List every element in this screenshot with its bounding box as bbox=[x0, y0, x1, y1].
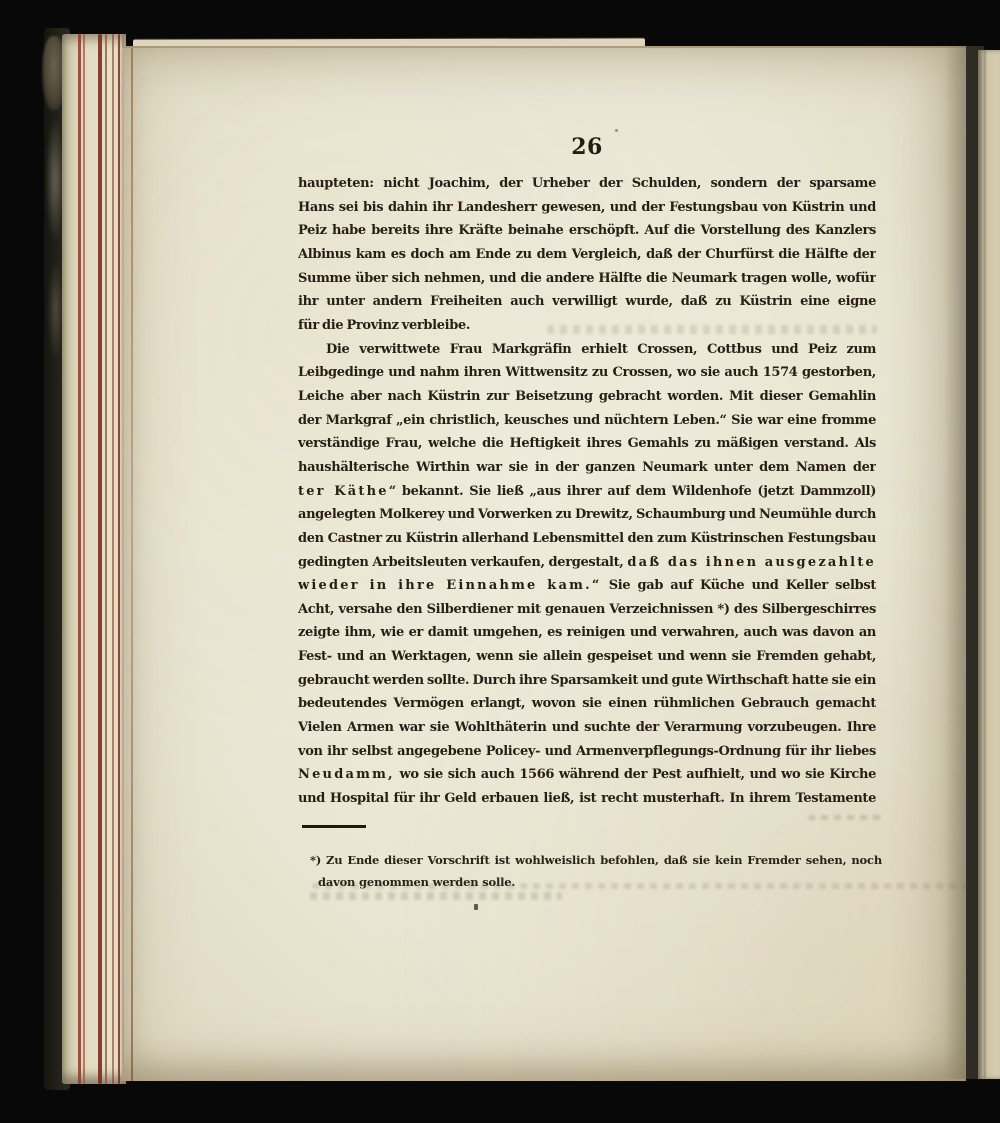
text-line: Vielen Armen war sie Wohlthäterin und su… bbox=[298, 716, 876, 740]
text-line: Acht, versahe den Silberdiener mit genau… bbox=[298, 598, 876, 622]
page-fold-line bbox=[131, 48, 133, 1081]
text-line: gedingten Arbeitsleuten verkaufen, derge… bbox=[298, 551, 876, 575]
text-line: gebraucht werden sollte. Durch ihre Spar… bbox=[298, 669, 876, 693]
paper-speck bbox=[474, 904, 478, 910]
text-line: angelegten Molkerey und Vorwerken zu Dre… bbox=[298, 503, 876, 527]
paper-speck bbox=[615, 129, 618, 132]
text-line: der Markgraf „ein christlich, keusches u… bbox=[298, 409, 876, 433]
page-edge-streak bbox=[98, 34, 102, 1084]
page-edge-streak bbox=[83, 34, 85, 1084]
facing-page-edge bbox=[978, 50, 1000, 1079]
text-line: Peiz habe bereits ihre Kräfte beinahe er… bbox=[298, 219, 876, 243]
bleed-through-ghost bbox=[310, 892, 562, 900]
text-line: zeigte ihm, wie er damit umgehen, es rei… bbox=[298, 621, 876, 645]
page-edge-streak bbox=[112, 34, 114, 1084]
footnote-line: *) Zu Ende dieser Vorschrift ist wohlwei… bbox=[310, 849, 882, 871]
text-line: den Castner zu Küstrin allerhand Lebensm… bbox=[298, 527, 876, 551]
text-line: Leiche aber nach Küstrin zur Beisetzung … bbox=[298, 385, 876, 409]
text-line: haushälterische Wirthin war sie in der g… bbox=[298, 456, 876, 480]
text-line: haupteten: nicht Joachim, der Urheber de… bbox=[298, 172, 876, 196]
page-edge-streak bbox=[105, 34, 107, 1084]
bleed-through-ghost bbox=[808, 815, 882, 820]
text-line: ihr unter andern Freiheiten auch verwill… bbox=[298, 290, 876, 314]
cover-texture-blob bbox=[48, 262, 63, 358]
text-line: von ihr selbst angegebene Policey- und A… bbox=[298, 740, 876, 764]
page-edge-stack bbox=[62, 34, 126, 1084]
text-line: Fest- und an Werktagen, wenn sie allein … bbox=[298, 645, 876, 669]
text-line: ter Käthe“ bekannt. Sie ließ „aus ihrer … bbox=[298, 480, 876, 504]
bleed-through-ghost bbox=[547, 325, 877, 334]
facing-page-edge-line bbox=[984, 50, 986, 1079]
page-number: 26 bbox=[298, 134, 876, 160]
text-line: Albinus kam es doch am Ende zu dem Vergl… bbox=[298, 243, 876, 267]
body-text: haupteten: nicht Joachim, der Urheber de… bbox=[298, 172, 876, 811]
book-scan: 26 haupteten: nicht Joachim, der Urheber… bbox=[0, 0, 1000, 1123]
page-edge-streak bbox=[78, 34, 81, 1084]
text-line: bedeutendes Vermögen erlangt, wovon sie … bbox=[298, 692, 876, 716]
book-page: 26 haupteten: nicht Joachim, der Urheber… bbox=[122, 46, 966, 1081]
text-line: Die verwittwete Frau Markgräfin erhielt … bbox=[298, 338, 876, 362]
text-line: wieder in ihre Einnahme kam.“ Sie gab au… bbox=[298, 574, 876, 598]
bleed-through-ghost bbox=[312, 883, 966, 889]
footnote-rule bbox=[302, 825, 366, 828]
text-line: und Hospital für ihr Geld erbauen ließ, … bbox=[298, 787, 876, 811]
text-line: Leibgedinge und nahm ihren Wittwensitz z… bbox=[298, 361, 876, 385]
text-line: Hans sei bis dahin ihr Landesherr gewese… bbox=[298, 196, 876, 220]
page-edge-streak bbox=[118, 34, 120, 1084]
footnote-line: davon genommen werden solle. bbox=[310, 871, 882, 893]
text-line: verständige Frau, welche die Heftigkeit … bbox=[298, 432, 876, 456]
text-line: Summe über sich nehmen, und die andere H… bbox=[298, 267, 876, 291]
text-line: Neudamm, wo sie sich auch 1566 während d… bbox=[298, 763, 876, 787]
